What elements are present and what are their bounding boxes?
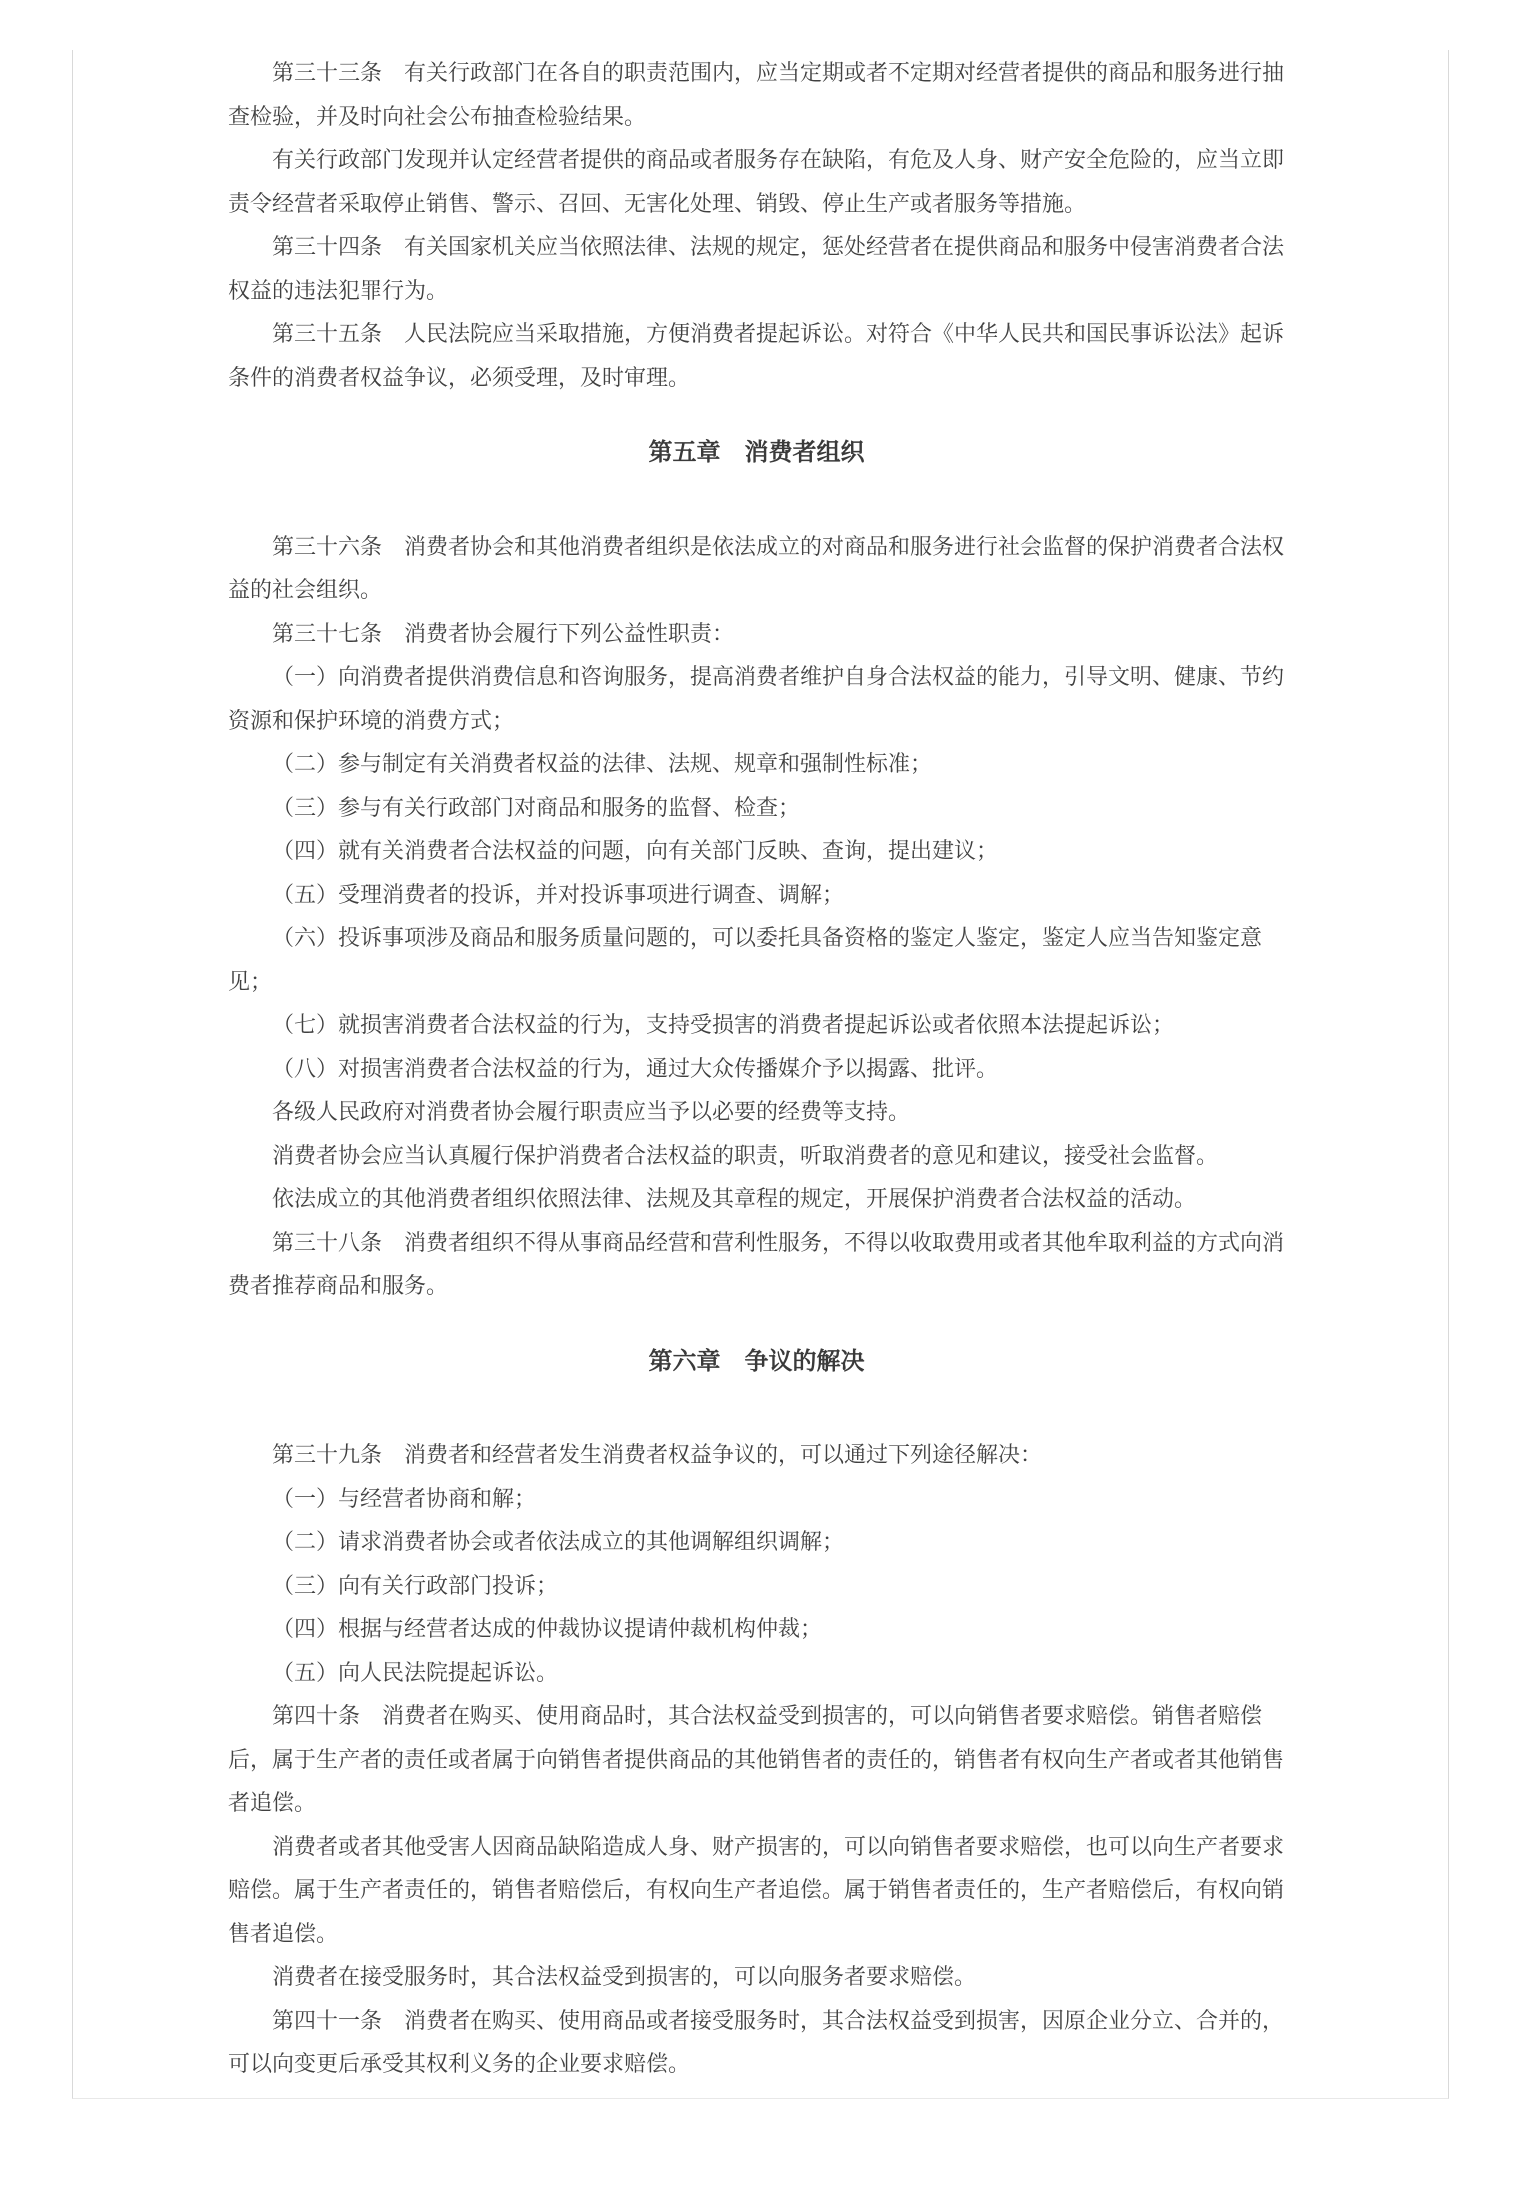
law-paragraph-article-39-item-2: （二）请求消费者协会或者依法成立的其他调解组织调解； [228,1520,1285,1564]
law-paragraph-article-39-item-3: （三）向有关行政部门投诉； [228,1564,1285,1608]
law-paragraph-article-37-item-1: （一）向消费者提供消费信息和咨询服务，提高消费者维护自身合法权益的能力，引导文明… [228,655,1285,742]
law-paragraph-article-36: 第三十六条 消费者协会和其他消费者组织是依法成立的对商品和服务进行社会监督的保护… [228,525,1285,612]
law-paragraph-article-40-1: 第四十条 消费者在购买、使用商品时，其合法权益受到损害的，可以向销售者要求赔偿。… [228,1694,1285,1825]
law-paragraph-article-39-intro: 第三十九条 消费者和经营者发生消费者权益争议的，可以通过下列途径解决： [228,1433,1285,1477]
law-paragraph-article-33-1: 第三十三条 有关行政部门在各自的职责范围内，应当定期或者不定期对经营者提供的商品… [228,51,1285,138]
law-paragraph-article-37-item-7: （七）就损害消费者合法权益的行为，支持受损害的消费者提起诉讼或者依照本法提起诉讼… [228,1003,1285,1047]
document-page: 第三十三条 有关行政部门在各自的职责范围内，应当定期或者不定期对经营者提供的商品… [72,50,1449,2099]
law-paragraph-article-34: 第三十四条 有关国家机关应当依照法律、法规的规定，惩处经营者在提供商品和服务中侵… [228,225,1285,312]
chapter-heading-6: 第六章 争议的解决 [228,1340,1285,1384]
law-paragraph-article-40-2: 消费者或者其他受害人因商品缺陷造成人身、财产损害的，可以向销售者要求赔偿，也可以… [228,1825,1285,1956]
law-paragraph-article-37-item-8: （八）对损害消费者合法权益的行为，通过大众传播媒介予以揭露、批评。 [228,1047,1285,1091]
law-paragraph-article-37-item-2: （二）参与制定有关消费者权益的法律、法规、规章和强制性标准； [228,742,1285,786]
law-paragraph-article-41: 第四十一条 消费者在购买、使用商品或者接受服务时，其合法权益受到损害，因原企业分… [228,1999,1285,2086]
law-paragraph-article-37-item-4: （四）就有关消费者合法权益的问题，向有关部门反映、查询，提出建议； [228,829,1285,873]
law-paragraph-article-37-intro: 第三十七条 消费者协会履行下列公益性职责： [228,612,1285,656]
law-paragraph-article-37-item-5: （五）受理消费者的投诉，并对投诉事项进行调查、调解； [228,873,1285,917]
law-paragraph-article-33-2: 有关行政部门发现并认定经营者提供的商品或者服务存在缺陷，有危及人身、财产安全危险… [228,138,1285,225]
law-paragraph-article-38: 第三十八条 消费者组织不得从事商品经营和营利性服务，不得以收取费用或者其他牟取利… [228,1221,1285,1308]
law-paragraph-article-37-item-6: （六）投诉事项涉及商品和服务质量问题的，可以委托具备资格的鉴定人鉴定，鉴定人应当… [228,916,1285,1003]
law-paragraph-article-37-item-3: （三）参与有关行政部门对商品和服务的监督、检查； [228,786,1285,830]
law-paragraph-article-40-3: 消费者在接受服务时，其合法权益受到损害的，可以向服务者要求赔偿。 [228,1955,1285,1999]
law-paragraph-article-39-item-5: （五）向人民法院提起诉讼。 [228,1651,1285,1695]
law-paragraph-article-39-item-1: （一）与经营者协商和解； [228,1477,1285,1521]
law-paragraph-article-37-funding: 各级人民政府对消费者协会履行职责应当予以必要的经费等支持。 [228,1090,1285,1134]
chapter-heading-5: 第五章 消费者组织 [228,431,1285,475]
law-paragraph-article-35: 第三十五条 人民法院应当采取措施，方便消费者提起诉讼。对符合《中华人民共和国民事… [228,312,1285,399]
law-paragraph-article-39-item-4: （四）根据与经营者达成的仲裁协议提请仲裁机构仲裁； [228,1607,1285,1651]
law-paragraph-article-37-duty: 消费者协会应当认真履行保护消费者合法权益的职责，听取消费者的意见和建议，接受社会… [228,1134,1285,1178]
law-paragraph-article-37-other-orgs: 依法成立的其他消费者组织依照法律、法规及其章程的规定，开展保护消费者合法权益的活… [228,1177,1285,1221]
